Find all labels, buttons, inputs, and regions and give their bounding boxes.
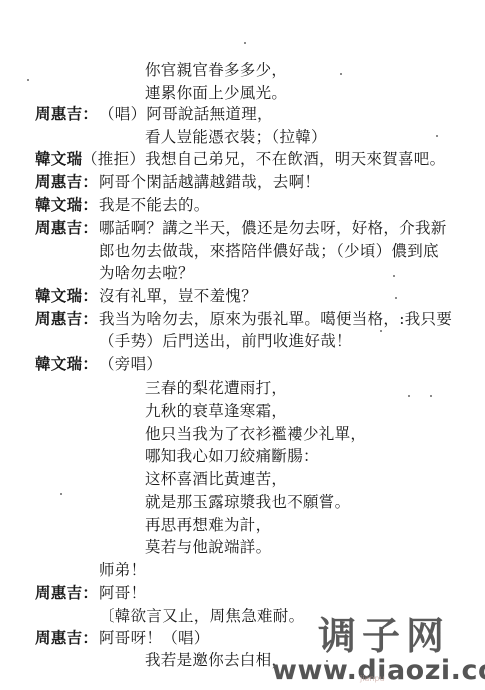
- verse-line: 你官親官眷多多少，: [145, 60, 287, 80]
- watermark: 调子网 www.diaozi.com jianpu: [260, 612, 485, 690]
- speaker-label: 韓文瑞：: [35, 286, 98, 306]
- dialogue-line: 哪話啊？講之半天，儂还是勿去呀，好格，介我新: [99, 218, 447, 238]
- scan-speck: [436, 135, 438, 137]
- speaker-label: 韓文瑞：: [35, 354, 98, 374]
- dialogue-line: 我当为啥勿去，原來为張礼單。噶便当格，:我只要: [99, 309, 452, 329]
- dialogue-continuation: 为啥勿去啦？: [99, 263, 194, 283]
- scan-speck: [340, 73, 342, 75]
- speaker-label: 韓文瑞：: [35, 195, 98, 215]
- watermark-subtext: jianpu: [360, 674, 385, 683]
- dialogue-line: 阿哥个閑話越講越錯哉，去啊！: [99, 172, 320, 192]
- speaker-label: 周惠吉：: [35, 218, 98, 238]
- verse-line: 連累你面上少風光。: [145, 83, 287, 103]
- dialogue-line: 沒有礼單，豈不羞愧？: [99, 286, 257, 306]
- verse-line: 三春的梨花遭雨打，: [145, 378, 287, 398]
- scan-speck: [244, 42, 246, 44]
- verse-line: 哪知我心如刀絞痛斷腸：: [145, 446, 319, 466]
- scan-speck: [380, 330, 382, 332]
- scan-speck: [60, 493, 62, 495]
- dialogue-continuation: （手势）后門送出，前門收進好哉！: [99, 331, 352, 351]
- speaker-label: 周惠吉：: [35, 628, 98, 648]
- speaker-label: 周惠吉：: [35, 172, 98, 192]
- scan-speck: [393, 275, 395, 277]
- verse-line: 这杯喜酒比黃連苦，: [145, 469, 287, 489]
- document-page: 你官親官眷多多少， 連累你面上少風光。 周惠吉： （唱）阿哥說話無道理， 看人豈…: [0, 0, 485, 690]
- speaker-label: 周惠吉：: [35, 104, 98, 124]
- scan-speck: [395, 297, 397, 299]
- dialogue-line: （推拒）我想自己弟兄，不在飲酒，明天來賀喜吧。: [82, 149, 445, 169]
- dialogue-continuation: 师弟！: [99, 560, 146, 580]
- verse-line: 莫若与他說端詳。: [145, 537, 271, 557]
- dialogue-continuation: 郎也勿去做哉，來搭陪伴儂好哉；（少頃）儂到底: [99, 241, 439, 261]
- speaker-label: 韓文瑞: [35, 149, 82, 169]
- verse-line: 再思再想难为計，: [145, 515, 271, 535]
- dialogue-line: 阿哥！: [99, 583, 146, 603]
- verse-line: 就是那玉露琼漿我也不願嘗。: [145, 492, 350, 512]
- verse-line: 看人豈能憑衣裝；（拉韓）: [145, 127, 327, 147]
- speaker-label: 周惠吉：: [35, 583, 98, 603]
- speaker-label: 周惠吉：: [35, 309, 98, 329]
- watermark-title: 调子网: [318, 616, 450, 656]
- dialogue-line: （唱）阿哥說話無道理，: [99, 104, 273, 124]
- dialogue-line: 阿哥呀！（唱）: [99, 628, 210, 648]
- scan-speck: [408, 395, 410, 397]
- dialogue-line: 我是不能去的。: [99, 195, 210, 215]
- verse-line: 他只当我为了衣衫襤褸少礼單，: [145, 424, 366, 444]
- scan-speck: [27, 79, 29, 81]
- scan-speck: [430, 395, 432, 397]
- dialogue-line: （旁唱）: [99, 354, 162, 374]
- verse-line: 九秋的衰草逢寒霜，: [145, 401, 287, 421]
